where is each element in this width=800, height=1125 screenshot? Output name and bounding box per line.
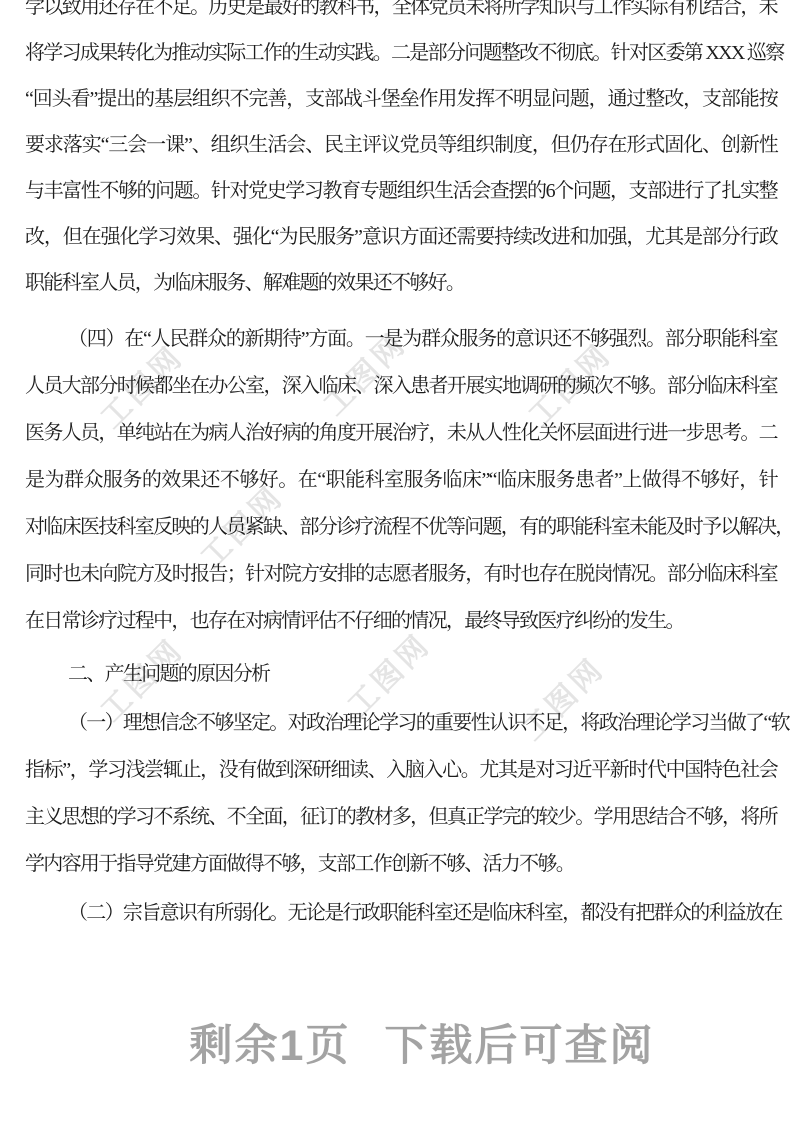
paragraph-cause-2: （二）宗旨意识有所弱化。无论是行政职能科室还是临床科室，都没有把群众的利益放在 bbox=[25, 890, 777, 937]
body-line: “回头看”提出的基层组织不完善，支部战斗堡垒作用发挥不明显问题，通过整改，支部能… bbox=[25, 76, 777, 122]
body-line: 主义思想的学习不系统、不全面，征订的教材多，但真正学完的较少。学用思结合不够，将… bbox=[25, 794, 777, 841]
body-line: 是为群众服务的效果还不够好。在“职能科室服务临床”“临床服务患者”上做得不够好，… bbox=[25, 457, 777, 504]
body-line: 将学习成果转化为推动实际工作的生动实践。二是部分问题整改不彻底。针对区委第 XX… bbox=[25, 30, 777, 76]
body-line: 改，但在强化学习效果、强化“为民服务”意识方面还需要持续改进和加强，尤其是部分行… bbox=[25, 214, 777, 260]
body-line: 学内容用于指导党建方面做得不够，支部工作创新不够、活力不够。 bbox=[25, 841, 777, 888]
heading-line: 二、产生问题的原因分析 bbox=[25, 651, 777, 698]
body-line: 医务人员，单纯站在为病人治好病的角度开展治疗，未从人性化关怀层面进行进一步思考。… bbox=[25, 410, 777, 457]
body-line: （二）宗旨意识有所弱化。无论是行政职能科室还是临床科室，都没有把群众的利益放在 bbox=[25, 890, 777, 937]
paragraph-continued: 学以致用还存在不足。历史是最好的教科书，全体党员未将所学知识与工作实际有机结合，… bbox=[25, 0, 777, 306]
paragraph-section-4: （四）在“人民群众的新期待”方面。一是为群众服务的意识还不够强烈。部分职能科室 … bbox=[25, 316, 777, 645]
body-line: 在日常诊疗过程中，也存在对病情评估不仔细的情况，最终导致医疗纠纷的发生。 bbox=[25, 598, 777, 645]
remaining-pages-label: 剩余1页 bbox=[190, 1023, 351, 1070]
body-line: （四）在“人民群众的新期待”方面。一是为群众服务的意识还不够强烈。部分职能科室 bbox=[25, 316, 777, 363]
body-line: 学以致用还存在不足。历史是最好的教科书，全体党员未将所学知识与工作实际有机结合，… bbox=[25, 0, 777, 30]
download-hint-label: 下载后可查阅 bbox=[384, 1023, 654, 1070]
body-line: 人员大部分时候都坐在办公室，深入临床、深入患者开展实地调研的频次不够。部分临床科… bbox=[25, 363, 777, 410]
body-line: 指标”，学习浅尝辄止，没有做到深研细读、入脑入心。尤其是对习近平新时代中国特色社… bbox=[25, 747, 777, 794]
body-line: （一）理想信念不够坚定。对政治理论学习的重要性认识不足，将政治理论学习当做了“软 bbox=[25, 700, 777, 747]
paragraph-cause-1: （一）理想信念不够坚定。对政治理论学习的重要性认识不足，将政治理论学习当做了“软… bbox=[25, 700, 777, 888]
body-line: 职能科室人员，为临床服务、解难题的效果还不够好。 bbox=[25, 260, 777, 306]
body-line: 要求落实“三会一课”、组织生活会、民主评议党员等组织制度，但仍存在形式固化、创新… bbox=[25, 122, 777, 168]
section-heading-2: 二、产生问题的原因分析 bbox=[25, 651, 777, 698]
document-body: 学以致用还存在不足。历史是最好的教科书，全体党员未将所学知识与工作实际有机结合，… bbox=[25, 0, 777, 937]
body-line: 与丰富性不够的问题。针对党史学习教育专题组织生活会查摆的6个问题，支部进行了扎实… bbox=[25, 168, 777, 214]
page-footer: 剩余1页 下载后可查阅 bbox=[22, 1023, 800, 1070]
body-line: 对临床医技科室反映的人员紧缺、部分诊疗流程不优等问题，有的职能科室未能及时予以解… bbox=[25, 504, 777, 551]
body-line: 同时也未向院方及时报告；针对院方安排的志愿者服务，有时也存在脱岗情况。部分临床科… bbox=[25, 551, 777, 598]
